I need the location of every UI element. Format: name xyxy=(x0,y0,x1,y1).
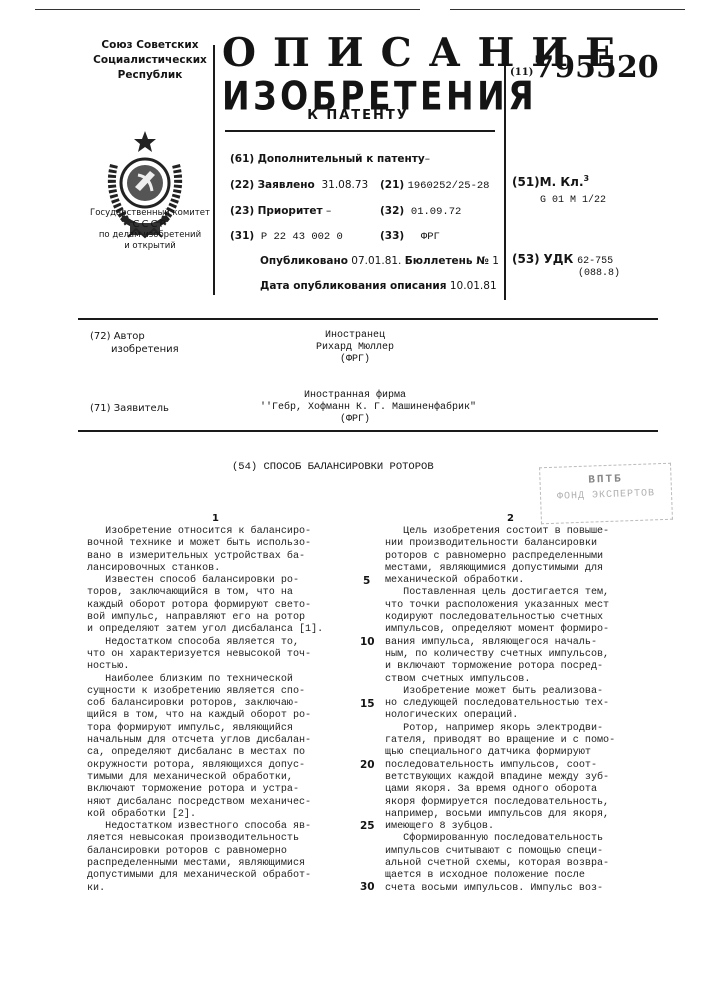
text-line: Известен способ балансировки ро- xyxy=(87,575,323,587)
text-line: Ротор, например якорь электродви- xyxy=(385,723,615,735)
column-number-right: 2 xyxy=(507,513,514,524)
text-line: и включают торможение ротора посред- xyxy=(385,661,615,673)
text-line: Поставленная цель достигается тем, xyxy=(385,587,615,599)
text-line: местами, являющимися допустимыми для xyxy=(385,563,615,575)
field-53-udc: (53) УДК 62-755 xyxy=(512,252,613,267)
text-line: кодируют последовательностью счетных xyxy=(385,612,615,624)
text-line: торов, заключающийся в том, что на xyxy=(87,587,323,599)
patent-number: (11)795520 xyxy=(510,50,659,85)
field-description-date: Дата опубликования описания 10.01.81 xyxy=(260,280,497,292)
text-line: Недостатком известного способа яв- xyxy=(87,821,323,833)
text-line: тора формируют импульс, являющийся xyxy=(87,723,323,735)
document-title: ОПИСАНИЕ xyxy=(222,32,494,74)
field-21-application: (21) 1960252/25-28 xyxy=(380,179,489,192)
text-line: Сформированную последовательность xyxy=(385,833,615,845)
text-line: окружности ротора, являющихся допус- xyxy=(87,760,323,772)
text-line: ством счетных импульсов. xyxy=(385,674,615,686)
text-line: Изобретение может быть реализова- xyxy=(385,686,615,698)
title-underline xyxy=(225,130,495,132)
field-72-label: (72) Автор изобретения xyxy=(90,330,179,356)
text-line: имеющего 8 зубцов. xyxy=(385,821,615,833)
text-line: кой обработки [2]. xyxy=(87,809,323,821)
text-line: что точки расположения указанных мест xyxy=(385,600,615,612)
text-line: распределенными местами, являющимися xyxy=(87,858,323,870)
text-line: вано в измерительных устройствах ба- xyxy=(87,551,323,563)
field-51-value: G 01 M 1/22 xyxy=(540,195,606,206)
text-line: допустимыми для механической обработ- xyxy=(87,870,323,882)
body-column-left: Изобретение относится к балансиро-вочной… xyxy=(87,526,323,895)
text-line: балансировки роторов с равномерно xyxy=(87,846,323,858)
text-line: нии производительности балансировки xyxy=(385,538,615,550)
text-line: Наиболее близким по технической xyxy=(87,674,323,686)
field-31-priority-number: (31) P 22 43 002 0 xyxy=(230,230,343,243)
text-line: и определяют затем угол дисбаланса [1]. xyxy=(87,624,323,636)
field-61: (61) Дополнительный к патенту– xyxy=(230,153,430,165)
text-line: Недостатком способа является то, xyxy=(87,637,323,649)
text-line: ностью. xyxy=(87,661,323,673)
text-line: вания импульса, являющегося началь- xyxy=(385,637,615,649)
text-line: импульсов считывают с помощью специ- xyxy=(385,846,615,858)
line-number: 20 xyxy=(360,759,375,771)
applicant: Иностранная фирма ''Гебр, Хофманн К. Г. … xyxy=(260,390,450,426)
library-stamp: ВПТБ ФОНД ЭКСПЕРТОВ xyxy=(539,463,673,525)
section-separator-top xyxy=(78,318,658,320)
text-line: ки. xyxy=(87,883,323,895)
field-33-country: (33) ФРГ xyxy=(380,230,440,243)
text-line: щается в исходное положение после xyxy=(385,870,615,882)
text-line: последовательность импульсов, соот- xyxy=(385,760,615,772)
issuing-state: Союз Советских Социалистических Республи… xyxy=(75,38,225,83)
text-line: начальным для отсчета углов дисбалан- xyxy=(87,735,323,747)
text-line: импульсов, определяют момент формиро- xyxy=(385,624,615,636)
text-line: тимыми для механической обработки, xyxy=(87,772,323,784)
text-line: Изобретение относится к балансиро- xyxy=(87,526,323,538)
text-line: ным, по количеству счетных импульсов, xyxy=(385,649,615,661)
line-number: 30 xyxy=(360,881,375,893)
top-rule-left xyxy=(35,9,420,10)
text-line: механической обработки. xyxy=(385,575,615,587)
text-line: счета восьми импульсов. Импульс воз- xyxy=(385,883,615,895)
top-rule-right xyxy=(450,9,685,10)
text-line: вой импульс, направляют его на ротор xyxy=(87,612,323,624)
text-line: гателя, приводят во вращение и с помо- xyxy=(385,735,615,747)
line-number: 5 xyxy=(363,575,370,587)
field-published: Опубликовано 07.01.81. Бюллетень № 1 xyxy=(260,255,499,267)
text-line: что он характеризуется невысокой точ- xyxy=(87,649,323,661)
divider-left xyxy=(213,45,215,295)
field-22-filed: (22) Заявлено 31.08.73 xyxy=(230,179,368,191)
text-line: включают торможение ротора и устра- xyxy=(87,784,323,796)
body-column-right: Цель изобретения состоит в повыше-нии пр… xyxy=(385,526,615,895)
text-line: ляется невысокая производительность xyxy=(87,833,323,845)
text-line: лансировочных станков. xyxy=(87,563,323,575)
text-line: но следующей последовательностью тех- xyxy=(385,698,615,710)
text-line: са, определяют дисбаланс в местах по xyxy=(87,747,323,759)
text-line: щью специального датчика формируют xyxy=(385,747,615,759)
field-32-priority-date: (32) 01.09.72 xyxy=(380,205,461,218)
line-number: 10 xyxy=(360,636,375,648)
line-number: 25 xyxy=(360,820,375,832)
column-number-left: 1 xyxy=(212,513,219,524)
text-line: Цель изобретения состоит в повыше- xyxy=(385,526,615,538)
field-23-priority: (23) Приоритет – xyxy=(230,205,331,217)
field-71-label: (71) Заявитель xyxy=(90,402,169,415)
text-line: якоря формируется последовательность, xyxy=(385,797,615,809)
text-line: сущности к изобретению является спо- xyxy=(87,686,323,698)
text-line: няют дисбаланс посредством механичес- xyxy=(87,797,323,809)
line-number: 15 xyxy=(360,698,375,710)
section-separator-bottom xyxy=(78,430,658,432)
text-line: альной счетной схемы, которая возвра- xyxy=(385,858,615,870)
text-line: нологических операций. xyxy=(385,710,615,722)
text-line: например, восьми импульсов для якоря, xyxy=(385,809,615,821)
inventor: Иностранец Рихард Мюллер (ФРГ) xyxy=(290,330,420,366)
text-line: ветствующих каждой впадине между зуб- xyxy=(385,772,615,784)
text-line: вочной технике и может быть использо- xyxy=(87,538,323,550)
text-line: каждый оборот ротора формируют свето- xyxy=(87,600,323,612)
issuing-committee: Государственный комитет СССР по делам из… xyxy=(75,208,225,252)
field-53-value2: (088.8) xyxy=(578,268,620,279)
text-line: цами якоря. За время одного оборота xyxy=(385,784,615,796)
text-line: соб балансировки роторов, заключаю- xyxy=(87,698,323,710)
document-subtitle: К ПАТЕНТУ xyxy=(222,108,494,123)
invention-title: (54) СПОСОБ БАЛАНСИРОВКИ РОТОРОВ xyxy=(232,461,434,473)
text-line: щийся в том, что на каждый оборот ро- xyxy=(87,710,323,722)
field-51-class: (51)М. Кл.3 xyxy=(512,174,589,189)
text-line: роторов с равномерно распределенными xyxy=(385,551,615,563)
